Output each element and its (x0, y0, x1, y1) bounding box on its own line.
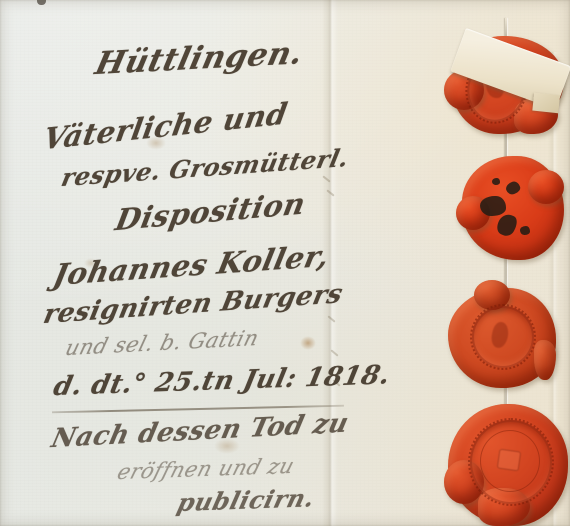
manuscript-line: Disposition (113, 186, 309, 237)
crease-tick (330, 349, 338, 356)
soot-mark (492, 178, 500, 185)
wax-seal-second (462, 156, 564, 260)
wax-seal-bottom (448, 404, 568, 526)
manuscript-line-date: d. dt.° 25.tn Jul: 1818. (51, 360, 393, 402)
manuscript-line: publicirn. (174, 483, 318, 517)
soot-mark (520, 226, 530, 235)
manuscript-line-faint: und sel. b. Gattin (63, 326, 262, 360)
manuscript-line: respve. Grosmütterl. (59, 143, 352, 193)
manuscript-page: Hüttlingen. Väterliche und respve. Grosm… (0, 0, 570, 526)
soot-mark (480, 196, 506, 216)
manuscript-line: Väterliche und (41, 96, 290, 156)
wax-blob (462, 156, 564, 260)
ink-speck (37, 0, 46, 5)
seal-emblem (497, 449, 522, 472)
foxing-stain (300, 336, 316, 350)
crease-tick (326, 189, 334, 196)
manuscript-line: Nach dessen Tod zu (48, 408, 351, 454)
manuscript-line-title: Hüttlingen. (92, 35, 307, 82)
manuscript-line-faint: eröffnen und zu (115, 454, 298, 484)
crease-tick (327, 315, 335, 322)
wax-seal-third (448, 288, 556, 388)
crease-tick (322, 175, 330, 182)
